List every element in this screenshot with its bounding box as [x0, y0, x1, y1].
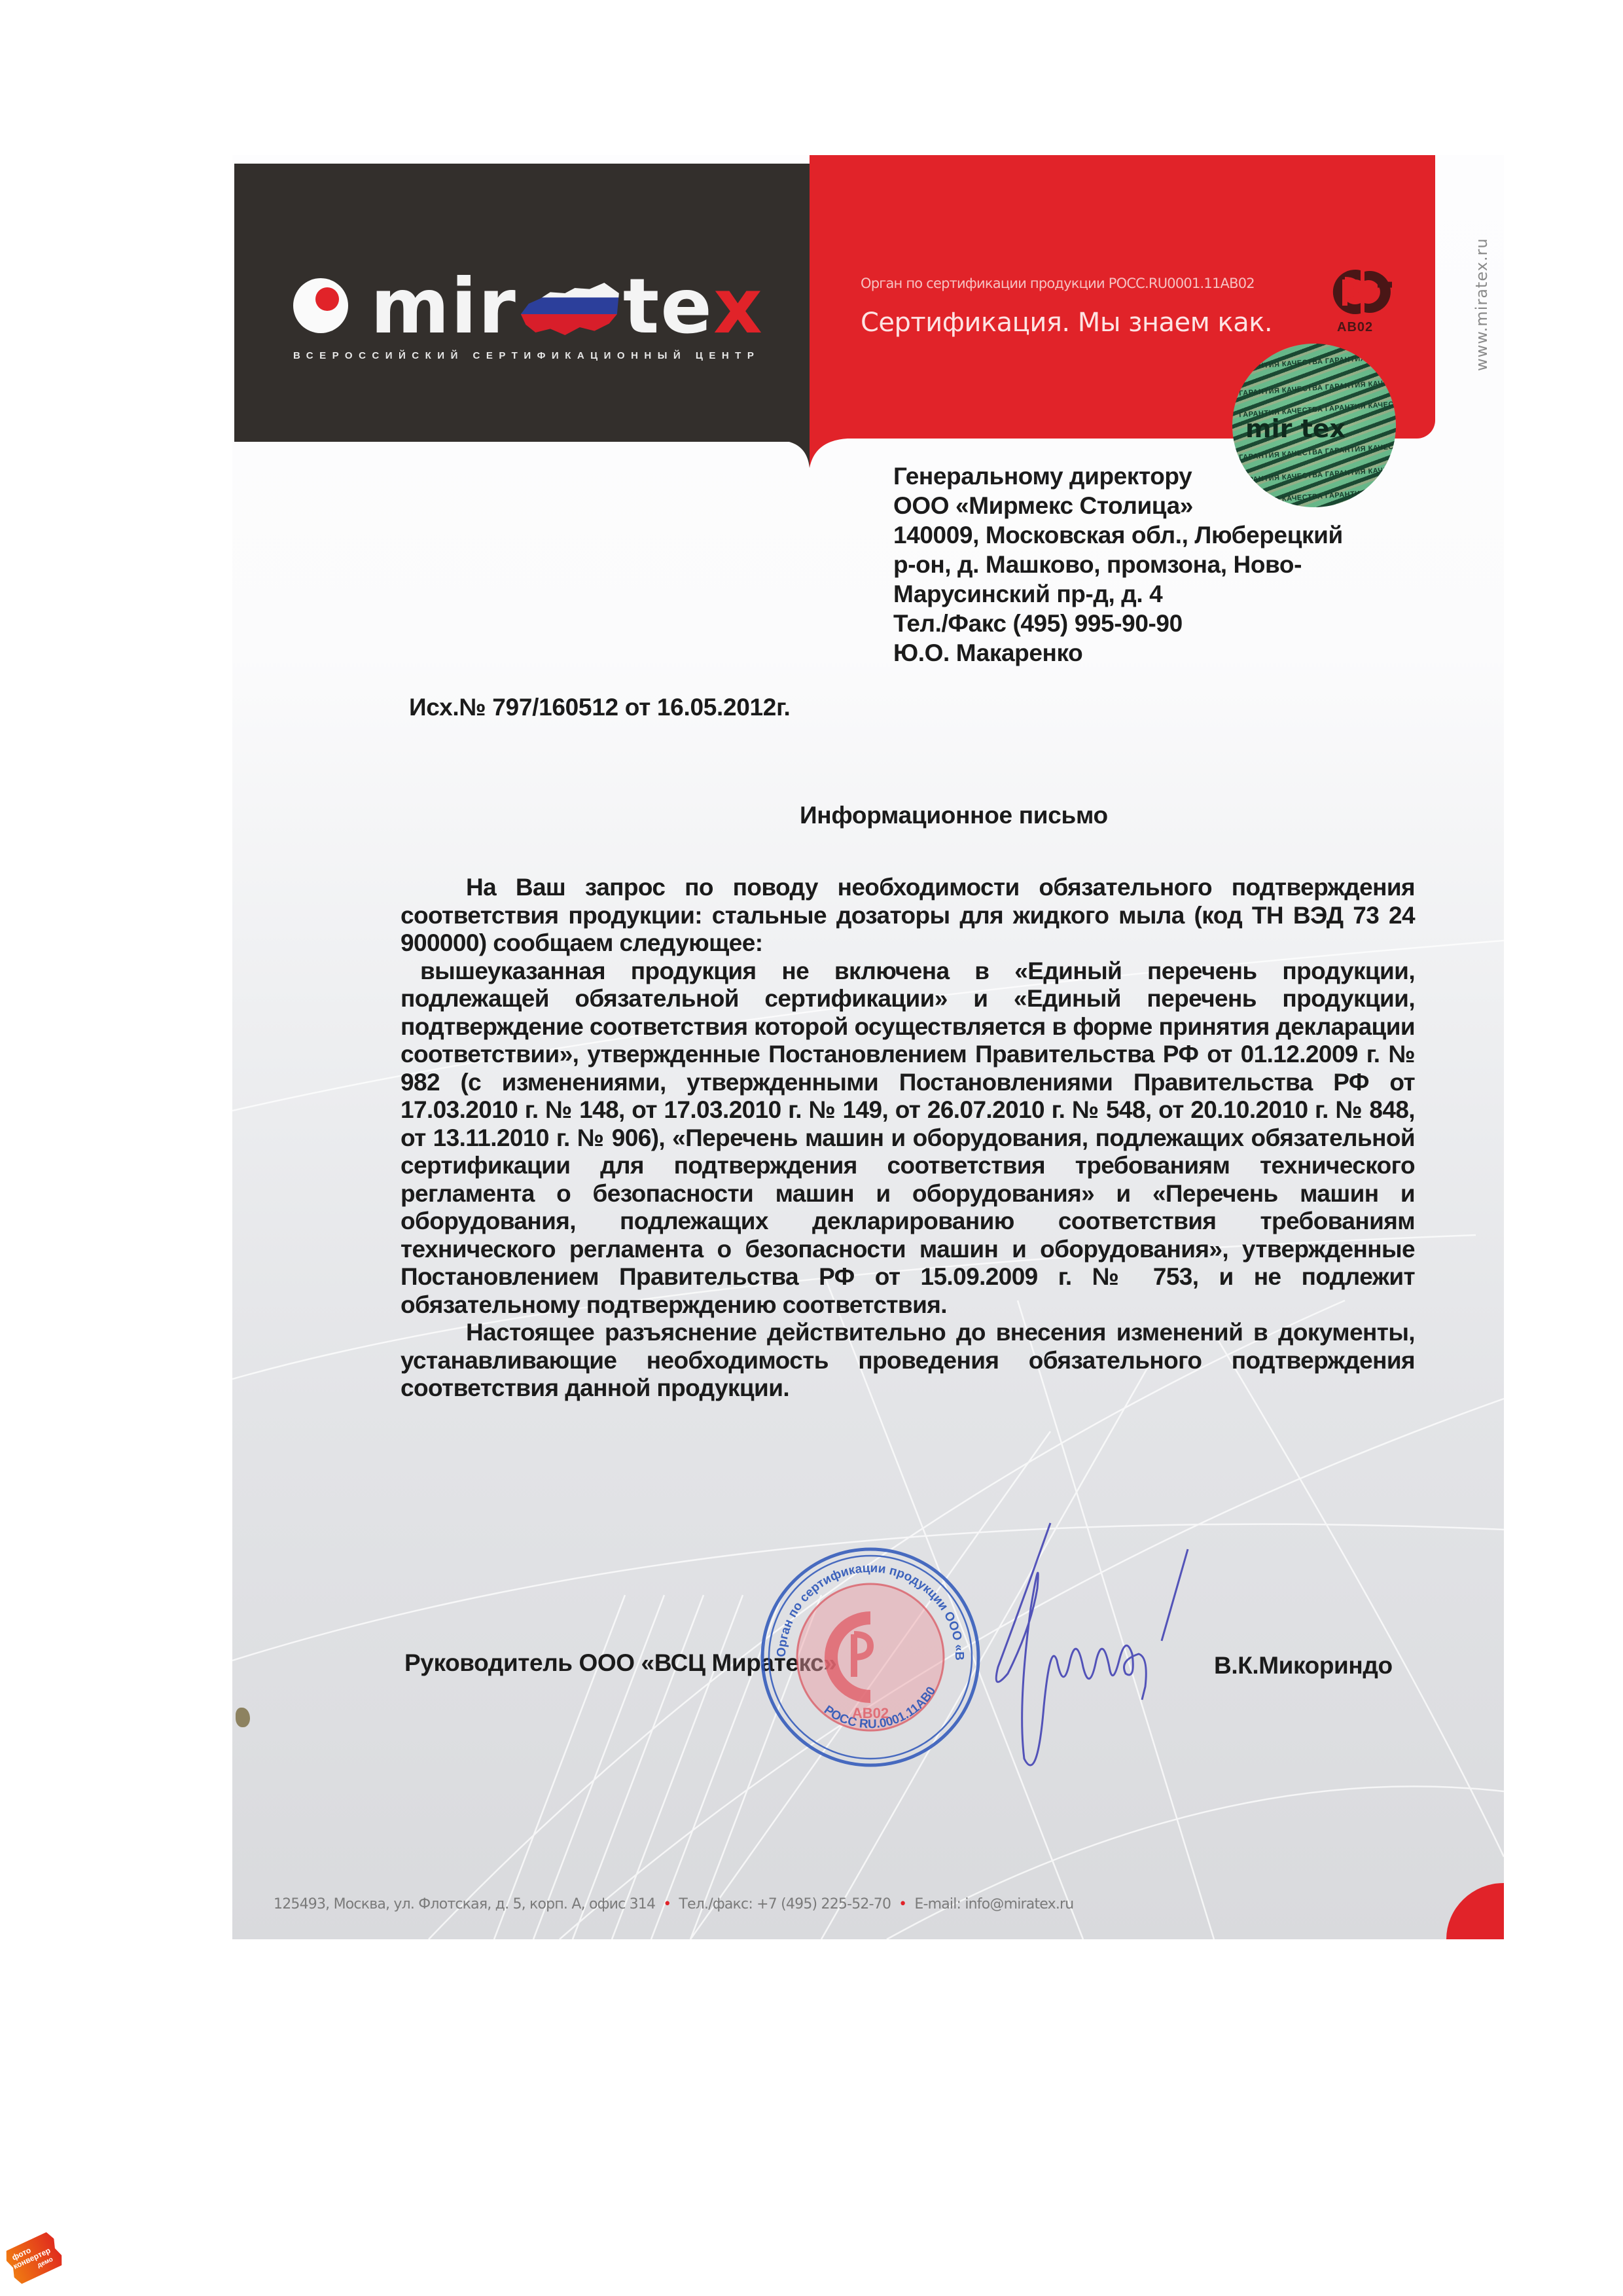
logo-text-te: te	[623, 262, 713, 351]
addressee-line: р-он, д. Машково, промзона, Ново-	[893, 550, 1343, 579]
header-tail-shape	[782, 437, 847, 471]
logo-text-x: x	[713, 262, 764, 351]
footer-email: E-mail: info@miratex.ru	[914, 1896, 1073, 1912]
footer-separator: •	[899, 1896, 906, 1912]
handwritten-signature	[978, 1510, 1201, 1785]
body-paragraph: Настоящее разъяснение действительно до в…	[401, 1319, 1415, 1403]
footer-address: 125493, Москва, ул. Флотская, д. 5, корп…	[274, 1896, 655, 1912]
body-paragraph: вышеуказанная продукция не включена в «Е…	[401, 958, 1415, 1319]
pct-mark-code: АВ02	[1337, 320, 1373, 335]
certification-body-text: Орган по сертификации продукции РОСС.RU0…	[861, 276, 1255, 291]
logo-red-dot-icon	[315, 287, 339, 311]
footer-contacts: 125493, Москва, ул. Флотская, д. 5, корп…	[274, 1896, 1073, 1912]
header-dark-panel: mirtex ВСЕРОССИЙСКИЙ СЕРТИФИКАЦИОННЫЙ ЦЕ…	[234, 164, 810, 442]
addressee-line: Тел./Факс (495) 995-90-90	[893, 609, 1343, 638]
miratex-logo: mirtex ВСЕРОССИЙСКИЙ СЕРТИФИКАЦИОННЫЙ ЦЕ…	[293, 268, 764, 367]
addressee-line: ООО «Мирмекс Столица»	[893, 491, 1343, 520]
hologram-logo: mir tex	[1245, 414, 1346, 443]
document-title: Информационное письмо	[800, 802, 1108, 829]
footer-phone: Тел./факс: +7 (495) 225-52-70	[679, 1896, 891, 1912]
logo-tagline: ВСЕРОССИЙСКИЙ СЕРТИФИКАЦИОННЫЙ ЦЕНТР	[293, 350, 751, 361]
outgoing-reference-number: Исх.№ 797/160512 от 16.05.2012г.	[409, 694, 790, 721]
letter-page: mirtex ВСЕРОССИЙСКИЙ СЕРТИФИКАЦИОННЫЙ ЦЕ…	[232, 155, 1504, 1939]
addressee-block: Генеральному директору ООО «Мирмекс Стол…	[893, 461, 1343, 668]
body-paragraph: На Ваш запрос по поводу необходимости об…	[401, 874, 1415, 958]
svg-text:АВ02: АВ02	[852, 1705, 889, 1721]
logo-wordmark: mirtex	[370, 264, 764, 350]
addressee-line: Генеральному директору	[893, 461, 1343, 491]
addressee-line: Ю.О. Макаренко	[893, 638, 1343, 668]
addressee-line: 140009, Московская обл., Люберецкий	[893, 520, 1343, 550]
website-vertical-text: www.miratex.ru	[1472, 238, 1491, 371]
letter-body: На Ваш запрос по поводу необходимости об…	[401, 874, 1415, 1403]
logo-circle-icon	[293, 278, 348, 333]
footer-separator: •	[663, 1896, 671, 1912]
fotoconverter-demo-watermark: фото конвертер демо	[3, 2231, 65, 2286]
official-stamp-icon: Орган по сертификации продукции ООО «ВСЦ…	[756, 1543, 985, 1772]
logo-text-mir: mir	[370, 262, 517, 351]
paper-speck	[236, 1708, 250, 1727]
slogan: Сертификация. Мы знаем как.	[861, 308, 1272, 338]
signatory-name: В.К.Микориндо	[1214, 1652, 1393, 1679]
addressee-line: Марусинский пр-д, д. 4	[893, 579, 1343, 609]
russia-map-flag-icon	[521, 283, 619, 335]
pct-certification-mark-icon	[1332, 265, 1394, 317]
hologram-text: ГАРАНТИЯ КАЧЕСТВА ГАРАНТИЯ КАЧЕСТВА	[1239, 379, 1396, 398]
hologram-text: ГАРАНТИЯ КАЧЕСТВА ГАРАНТИЯ КАЧЕСТВА	[1239, 443, 1396, 462]
